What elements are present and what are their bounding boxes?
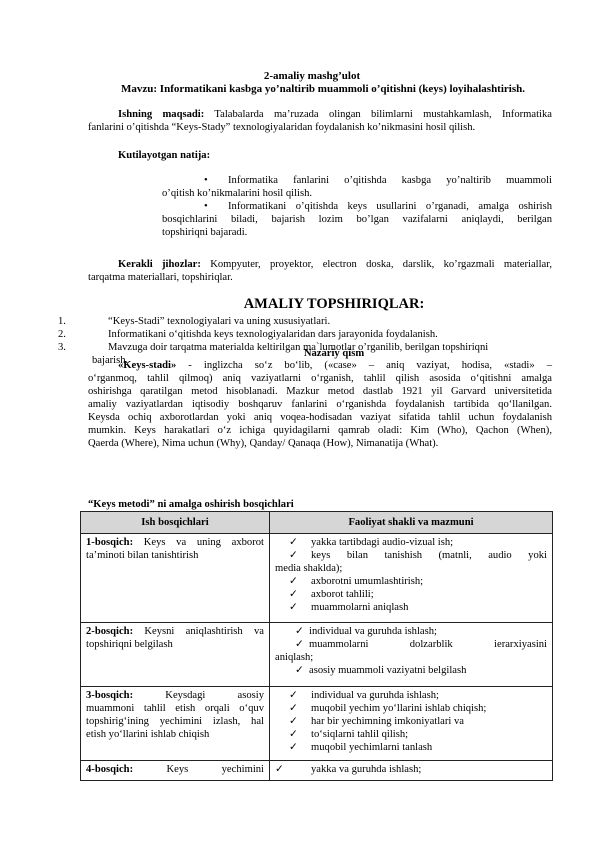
table-row: 1-bosqich: Keys va uning axborot ta’mino… <box>81 534 553 623</box>
checkmark-icon: ✓ <box>275 689 311 702</box>
activities-cell: ✓individual va guruhda ishlash; ✓muqobil… <box>270 687 553 761</box>
goal-paragraph: Ishning maqsadi: Talabalarda ma’ruzada o… <box>88 108 552 134</box>
bullet-icon: • <box>162 200 228 213</box>
task-item: 2. Informatikani o‘qitishda keys texnolo… <box>58 328 552 341</box>
task-number: 2. <box>58 328 108 341</box>
theory-term: «Keys-stadi» <box>118 360 176 371</box>
table-caption: “Keys metodi” ni amalga oshirish bosqich… <box>88 498 294 511</box>
column-header-stages: Ish bosqichlari <box>81 512 270 534</box>
checkmark-icon: ✓ <box>275 588 311 601</box>
checkmark-icon: ✓ <box>275 625 309 638</box>
checkmark-icon: ✓ <box>275 664 309 677</box>
column-header-activities: Faoliyat shakli va mazmuni <box>270 512 553 534</box>
goal-text-cont: fanlarini o’qitishda “Keys-Stady” texnol… <box>88 121 552 134</box>
checkmark-icon: ✓ <box>275 715 311 728</box>
checkmark-icon: ✓ <box>275 702 311 715</box>
goal-text: Talabalarda ma’ruzada olingan bilimlarni… <box>204 109 552 120</box>
expected-result-item: •Informatika fanlarini o’qitishda kasbga… <box>162 174 552 200</box>
activities-cell: ✓individual va guruhda ishlash; ✓muammol… <box>270 623 553 687</box>
table-row: 3-bosqich: Keysdagi asosiy muammoni tahl… <box>81 687 553 761</box>
equipment-paragraph: Kerakli jihozlar: Kompyuter, proyektor, … <box>88 258 552 284</box>
stage-label: 4-bosqich: <box>86 764 133 775</box>
tasks-heading: AMALIY TOPSHIRIQLAR: <box>0 296 596 312</box>
stage-cell: 1-bosqich: Keys va uning axborot ta’mino… <box>81 534 270 623</box>
table-row: 2-bosqich: Keysni aniqlashtirish va tops… <box>81 623 553 687</box>
theory-paragraph: «Keys-stadi» - inglizcha so‘z bo‘lib, («… <box>88 359 552 450</box>
expected-results-label: Kutilayotgan natija: <box>118 149 210 162</box>
checkmark-icon: ✓ <box>275 728 311 741</box>
stage-cell: 2-bosqich: Keysni aniqlashtirish va tops… <box>81 623 270 687</box>
checkmark-icon: ✓ <box>275 638 309 651</box>
checkmark-icon: ✓ <box>275 575 311 588</box>
goal-label: Ishning maqsadi: <box>118 109 204 120</box>
checkmark-icon: ✓ <box>275 549 311 562</box>
activities-cell: ✓yakka tartibdagi audio-vizual ish; ✓key… <box>270 534 553 623</box>
table-row: 4-bosqich: Keys yechimini ✓yakka va guru… <box>81 761 553 781</box>
stage-cell: 3-bosqich: Keysdagi asosiy muammoni tahl… <box>81 687 270 761</box>
stage-label: 1-bosqich: <box>86 537 133 548</box>
stage-cell: 4-bosqich: Keys yechimini <box>81 761 270 781</box>
table-header-row: Ish bosqichlari Faoliyat shakli va mazmu… <box>81 512 553 534</box>
checkmark-icon: ✓ <box>275 763 311 776</box>
document-title: 2-amaliy mashg’ulot <box>0 70 596 83</box>
equipment-label: Kerakli jihozlar: <box>118 259 201 270</box>
expected-result-item: •Informatikani o’qitishda keys usullarin… <box>162 200 552 239</box>
checkmark-icon: ✓ <box>275 741 311 754</box>
task-number: 1. <box>58 315 108 328</box>
stage-label: 3-bosqich: <box>86 690 133 701</box>
bullet-icon: • <box>162 174 228 187</box>
document-topic: Mavzu: Informatikani kasbga yo’naltirib … <box>88 83 558 96</box>
stage-label: 2-bosqich: <box>86 626 133 637</box>
checkmark-icon: ✓ <box>275 601 311 614</box>
task-item: 1. “Keys-Stadi” texnologiyalari va uning… <box>58 315 552 328</box>
expected-results-list: •Informatika fanlarini o’qitishda kasbga… <box>162 174 552 239</box>
activities-cell: ✓yakka va guruhda ishlash; <box>270 761 553 781</box>
checkmark-icon: ✓ <box>275 536 311 549</box>
keys-method-steps-table: Ish bosqichlari Faoliyat shakli va mazmu… <box>80 511 553 781</box>
